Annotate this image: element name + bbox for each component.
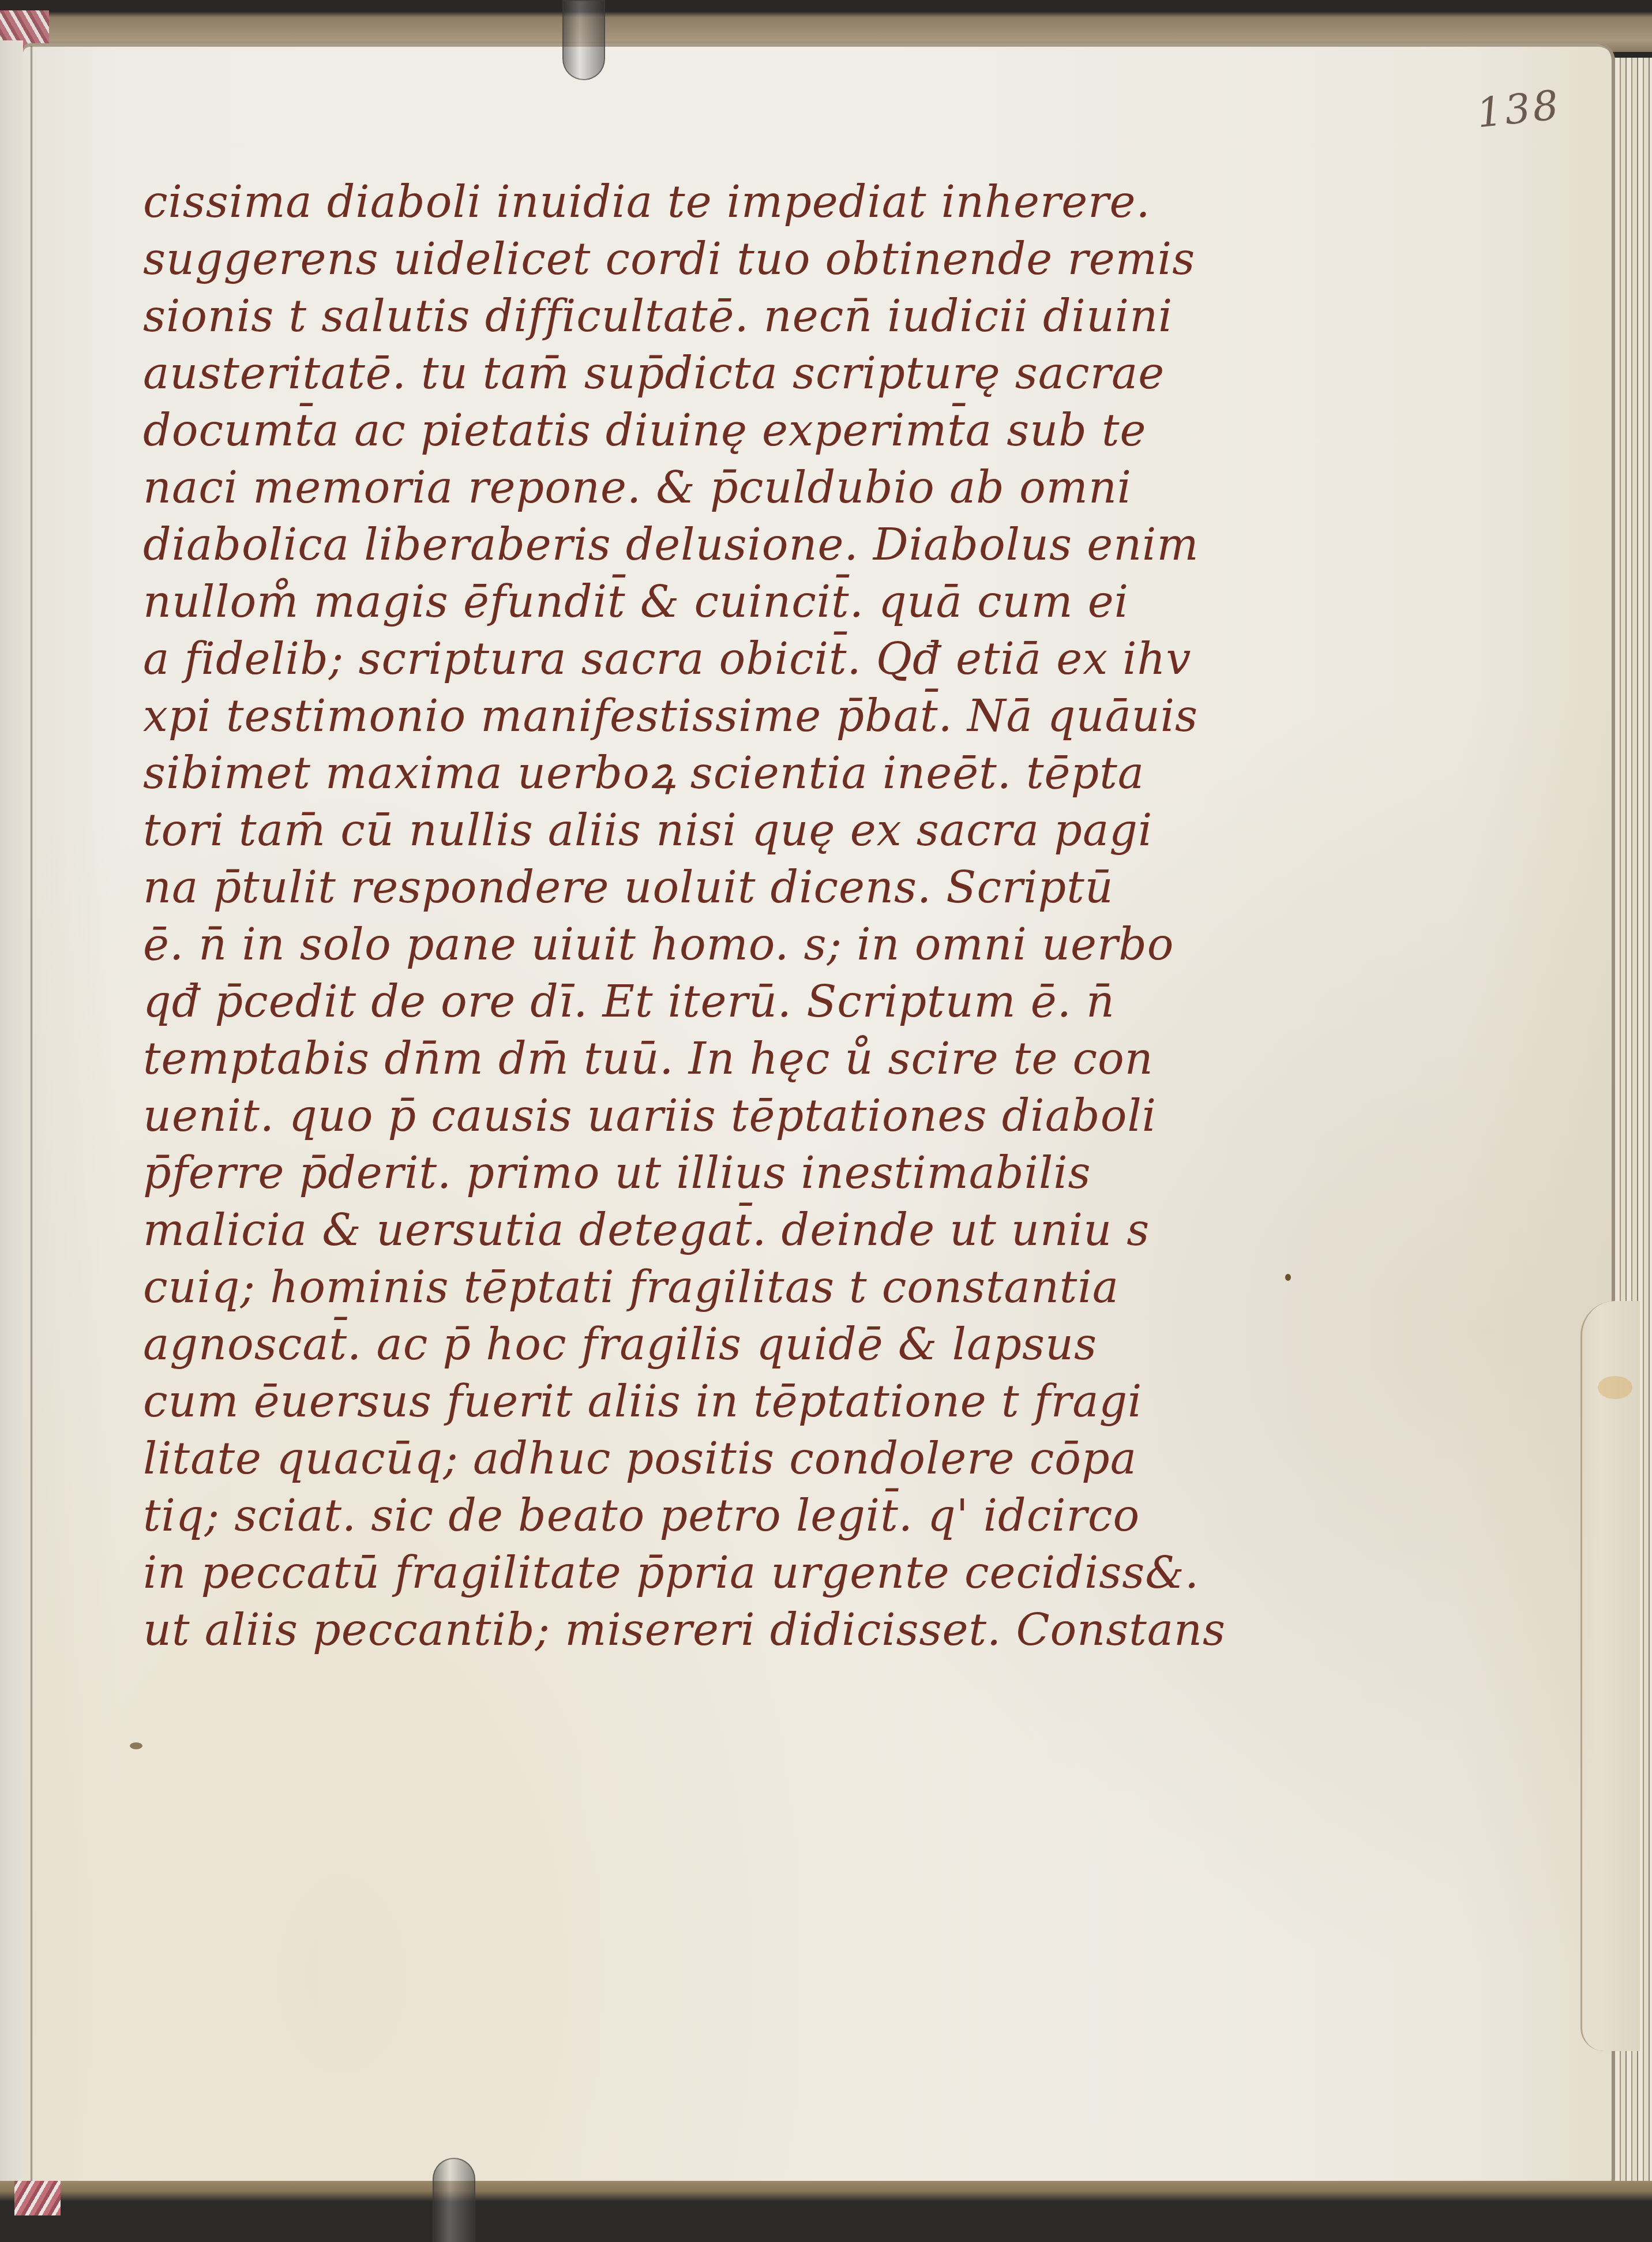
text-line: cuiq; hominis tēptati fragilitas t const… — [143, 1258, 1291, 1315]
text-line: qđ p̄cedit de ore dī. Et iterū. Scriptum… — [143, 973, 1291, 1030]
margin-dot — [1285, 1274, 1291, 1281]
text-line: agnoscat̄. ac p̄ hoc fragilis quidē & la… — [143, 1315, 1291, 1373]
text-line: sionis t salutis difficultatē. necn̄ iud… — [143, 287, 1291, 344]
text-line: tori tam̄ cū nullis aliis nisi quę ex sa… — [143, 801, 1291, 858]
text-line: a fidelib; scriptura sacra obicit̄. Qđ e… — [143, 630, 1291, 687]
folio-number: 138 — [1474, 81, 1563, 137]
glass-page-weight-bottom — [433, 2158, 475, 2242]
text-line: nullom̊ magis ēfundit̄ & cuincit̄. quā c… — [143, 573, 1291, 630]
text-line: ē. n̄ in solo pane uiuit homo. s; in omn… — [143, 916, 1291, 973]
text-line: sibimet maxima uerboꝝ scientia ineēt. tē… — [143, 744, 1291, 801]
facing-leaf-edge — [0, 40, 23, 2187]
text-line: litate quacūq; adhuc positis condolere c… — [143, 1430, 1291, 1487]
manuscript-text-block: cissima diaboli inuidia te impediat inhe… — [143, 173, 1291, 1658]
text-line: in peccatū fragilitate p̄pria urgente ce… — [143, 1544, 1291, 1601]
margin-mark — [130, 1742, 142, 1749]
glass-page-weight-top — [562, 0, 605, 80]
text-line: austeritatē. tu tam̄ sup̄dicta scripturę… — [143, 344, 1291, 402]
text-line: naci memoria repone. & p̄culdubio ab omn… — [143, 459, 1291, 516]
text-line: cissima diaboli inuidia te impediat inhe… — [143, 173, 1291, 230]
text-line: diabolica liberaberis delusione. Diabolu… — [143, 516, 1291, 573]
textile-endband-bottom — [14, 2181, 61, 2215]
text-line: ut aliis peccantib; misereri didicisset.… — [143, 1601, 1291, 1658]
book-cover-bottom-edge — [0, 2181, 1652, 2242]
parchment-stain — [1598, 1376, 1632, 1399]
text-line: na p̄tulit respondere uoluit dicens. Scr… — [143, 858, 1291, 916]
text-line: suggerens uidelicet cordi tuo obtinende … — [143, 230, 1291, 287]
fore-edge-damage — [1580, 1301, 1640, 2051]
text-line: xpi testimonio manifestissime p̄bat̄. Nā… — [143, 687, 1291, 744]
text-line: documt̄a ac pietatis diuinę experimt̄a s… — [143, 402, 1291, 459]
text-line: uenit. quo p̄ causis uariis tēptationes … — [143, 1087, 1291, 1144]
text-line: cum ēuersus fuerit aliis in tēptatione t… — [143, 1373, 1291, 1430]
text-line: temptabis dn̄m dm̄ tuū. In hęc ů scire t… — [143, 1030, 1291, 1087]
text-line: p̄ferre p̄derit. primo ut illius inestim… — [143, 1144, 1291, 1201]
gutter-fold — [30, 46, 33, 2181]
text-line: tiq; sciat. sic de beato petro legit̄. q… — [143, 1487, 1291, 1544]
text-line: malicia & uersutia detegat̄. deinde ut u… — [143, 1201, 1291, 1258]
